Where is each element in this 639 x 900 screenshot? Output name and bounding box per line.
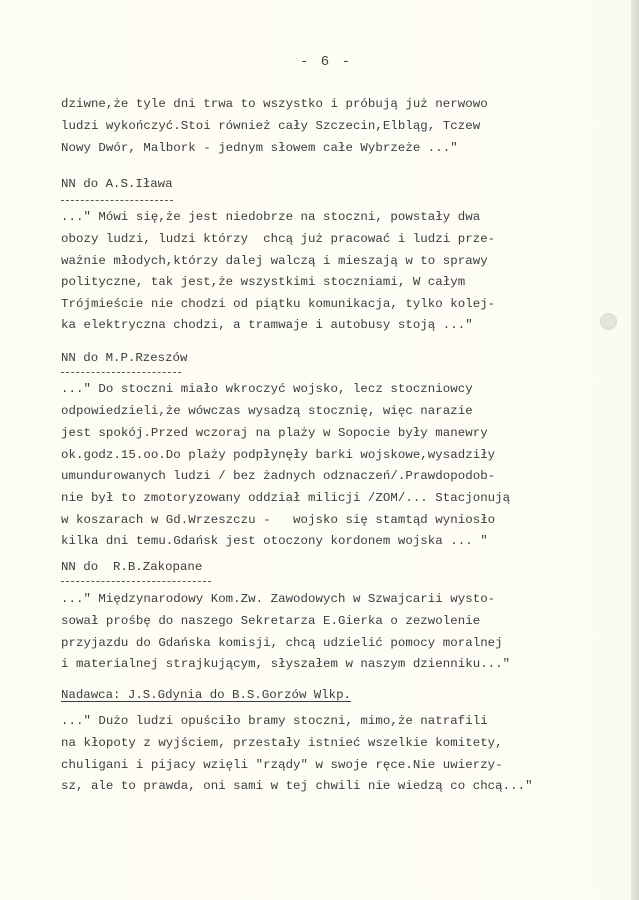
section-heading: NN do M.P.Rzeszów [61,351,187,365]
text-line: odpowiedzieli,że wówczas wysadzą stoczni… [61,402,473,420]
punch-hole [600,313,617,330]
text-line: dziwne,że tyle dni trwa to wszystko i pr… [61,95,488,113]
text-line: sował prośbę do naszego Sekretarza E.Gie… [61,612,480,630]
section-heading: NN do A.S.Iława [61,177,173,191]
heading-underline [61,581,211,582]
section-heading: NN do R.B.Zakopane [61,560,202,574]
text-line: kilka dni temu.Gdańsk jest otoczony kord… [61,532,488,550]
text-line: polityczne, tak jest,że wszystkimi stocz… [61,273,465,291]
text-line: ok.godz.15.oo.Do plaży podpłynęły barki … [61,446,495,464]
text-line: jest spokój.Przed wczoraj na plaży w Sop… [61,424,488,442]
text-line: umundurowanych ludzi / bez żadnych odzna… [61,467,495,485]
text-line: obozy ludzi, ludzi którzy chcą już praco… [61,230,495,248]
text-line: na kłopoty z wyjściem, przestały istnieć… [61,734,503,752]
text-line: ..." Mówi się,że jest niedobrze na stocz… [61,208,480,226]
text-line: Trójmieście nie chodzi od piątku komunik… [61,295,495,313]
text-line: ..." Międzynarodowy Kom.Zw. Zawodowych w… [61,590,495,608]
text-line: ..." Dużo ludzi opuściło bramy stoczni, … [61,712,488,730]
document-page: - 6 - dziwne,że tyle dni trwa to wszystk… [0,0,631,900]
text-line: ka elektryczna chodzi, a tramwaje i auto… [61,316,473,334]
text-line: sz, ale to prawda, oni sami w tej chwili… [61,777,533,795]
page-edge-shadow [631,0,639,900]
text-line: ..." Do stoczni miało wkroczyć wojsko, l… [61,380,473,398]
text-line: i materialnej strajkującym, słyszałem w … [61,655,510,673]
text-line: w koszarach w Gd.Wrzeszczu - wojsko się … [61,511,495,529]
text-line: Nowy Dwór, Malbork - jednym słowem całe … [61,139,458,157]
text-line: ważnie młodych,którzy dalej walczą i mie… [61,252,488,270]
heading-underline [61,372,181,373]
section-heading: Nadawca: J.S.Gdynia do B.S.Gorzów Wlkp. [61,688,351,702]
text-line: nie był to zmotoryzowany oddział milicji… [61,489,510,507]
page-number: - 6 - [300,54,352,70]
text-line: chuligani i pijacy wzięli "rządy" w swoj… [61,756,503,774]
text-line: przyjazdu do Gdańska komisji, chcą udzie… [61,634,503,652]
text-line: ludzi wykończyć.Stoi również cały Szczec… [61,117,480,135]
heading-underline [61,200,173,201]
